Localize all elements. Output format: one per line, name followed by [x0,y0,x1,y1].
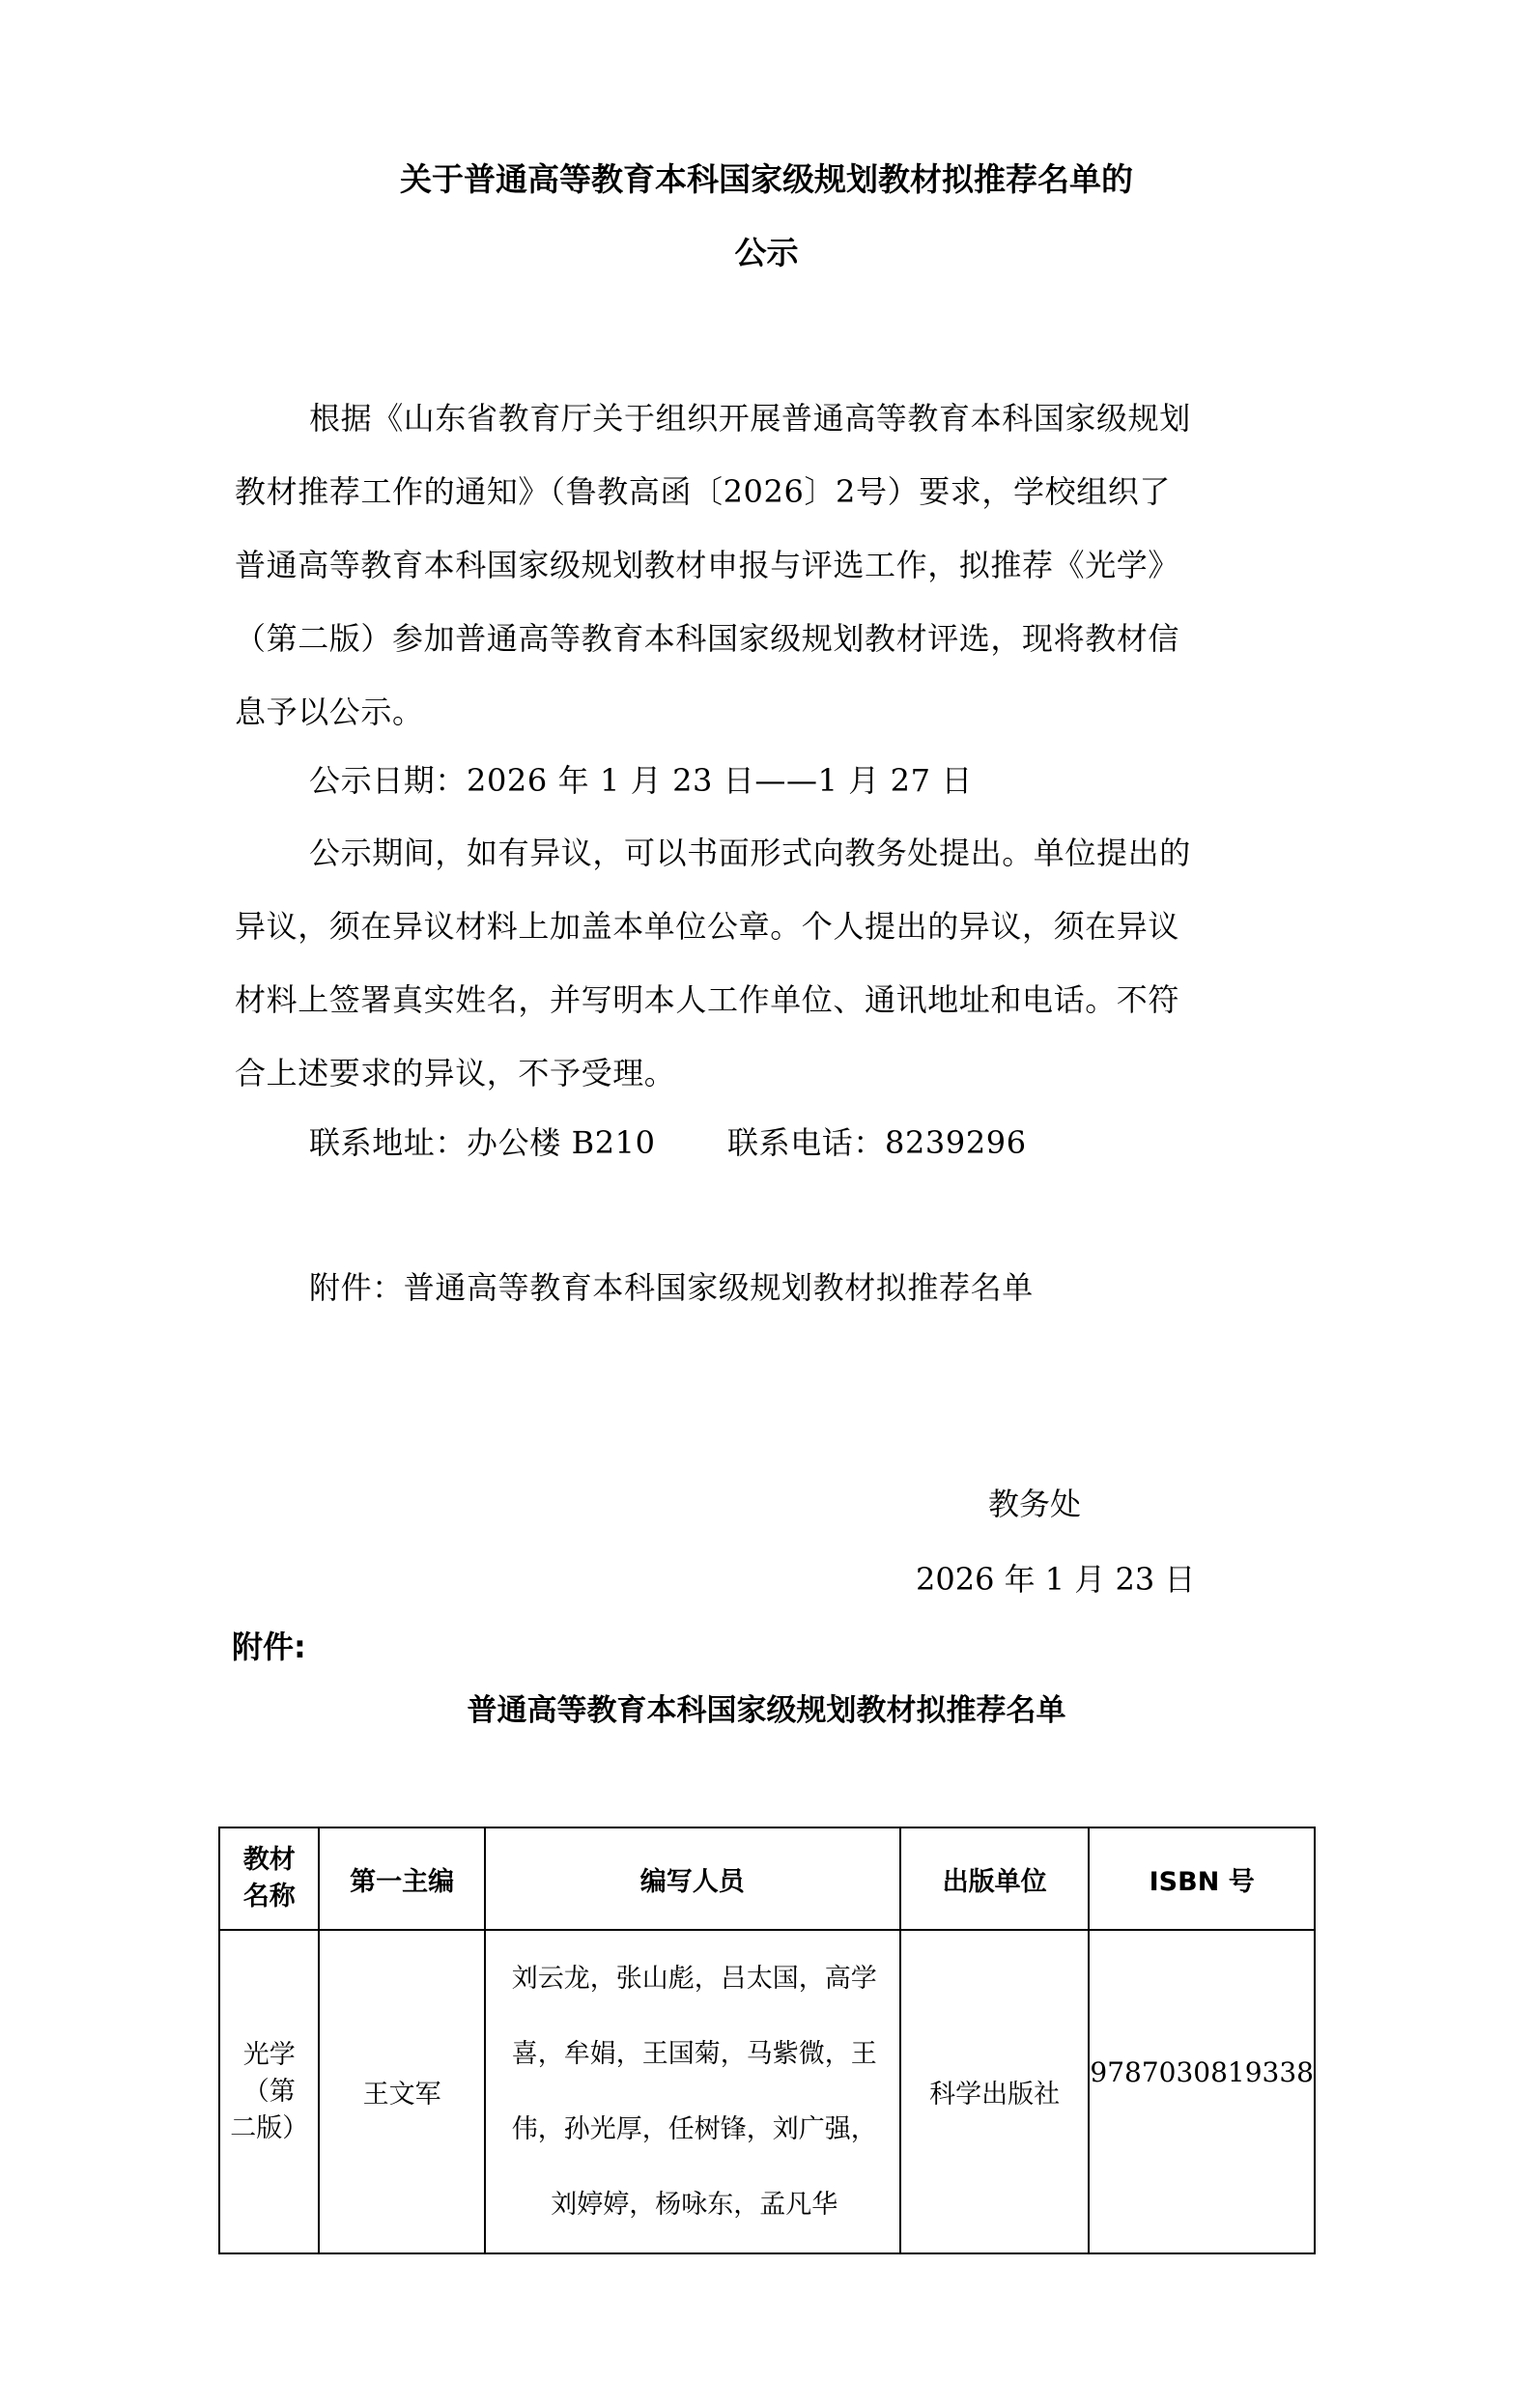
cell-text: 光学 [220,2037,318,2074]
paragraph-line: （第二版）参加普通高等教育本科国家级规划教材评选，现将教材信 [235,614,1179,659]
paragraph-line: 公示期间，如有异议，可以书面形式向教务处提出。单位提出的 [309,829,1191,873]
attachment-title: 普通高等教育本科国家级规划教材拟推荐名单 [0,1686,1533,1729]
attachment-note: 附件：普通高等教育本科国家级规划教材拟推荐名单 [309,1263,1034,1308]
cell-textbook-name: 光学 （第 二版） [219,1930,319,2253]
paragraph-line: 合上述要求的异议，不予受理。 [235,1049,675,1093]
header-writers: 编写人员 [485,1827,900,1930]
cell-chief-editor: 王文军 [319,1930,484,2253]
header-textbook-name: 教材 名称 [219,1827,319,1930]
document-title-line1: 关于普通高等教育本科国家级规划教材拟推荐名单的 [0,155,1533,200]
cell-writers: 刘云龙，张山彪，吕太国，高学喜，牟娟，王国菊，马紫微，王伟，孙光厚，任树锋，刘广… [485,1930,900,2253]
header-text: 名称 [220,1879,318,1915]
paragraph-line: 教材推荐工作的通知》（鲁教高函〔2026〕2号）要求，学校组织了 [235,467,1171,512]
attachment-label: 附件: [232,1623,306,1667]
header-chief-editor: 第一主编 [319,1827,484,1930]
publicity-date: 公示日期：2026 年 1 月 23 日——1 月 27 日 [309,756,973,801]
cell-publisher: 科学出版社 [900,1930,1090,2253]
header-publisher: 出版单位 [900,1827,1090,1930]
cell-text: （第 [220,2074,318,2111]
cell-text: 二版） [220,2111,318,2147]
document-title-line2: 公示 [0,228,1533,273]
header-text: 教材 [220,1842,318,1879]
table-header-row: 教材 名称 第一主编 编写人员 出版单位 ISBN 号 [219,1827,1315,1930]
cell-isbn: 9787030819338 [1089,1930,1315,2253]
signature-date: 2026 年 1 月 23 日 [916,1555,1195,1600]
paragraph-line: 材料上签署真实姓名，并写明本人工作单位、通讯地址和电话。不符 [235,976,1179,1020]
contact-address: 联系地址：办公楼 B210 [309,1119,656,1163]
paragraph-line: 根据《山东省教育厅关于组织开展普通高等教育本科国家级规划 [309,394,1191,439]
recommendation-table: 教材 名称 第一主编 编写人员 出版单位 ISBN 号 光学 （第 二版） 王文… [218,1827,1316,2254]
header-isbn: ISBN 号 [1089,1827,1315,1930]
paragraph-line: 息予以公示。 [235,688,424,732]
signature-department: 教务处 [988,1480,1081,1524]
table-row: 光学 （第 二版） 王文军 刘云龙，张山彪，吕太国，高学喜，牟娟，王国菊，马紫微… [219,1930,1315,2253]
paragraph-line: 普通高等教育本科国家级规划教材申报与评选工作，拟推荐《光学》 [235,541,1179,585]
contact-phone: 联系电话：8239296 [727,1119,1027,1163]
paragraph-line: 异议，须在异议材料上加盖本单位公章。个人提出的异议，须在异议 [235,902,1179,947]
isbn-value: 9787030819338 [1090,2056,1314,2088]
